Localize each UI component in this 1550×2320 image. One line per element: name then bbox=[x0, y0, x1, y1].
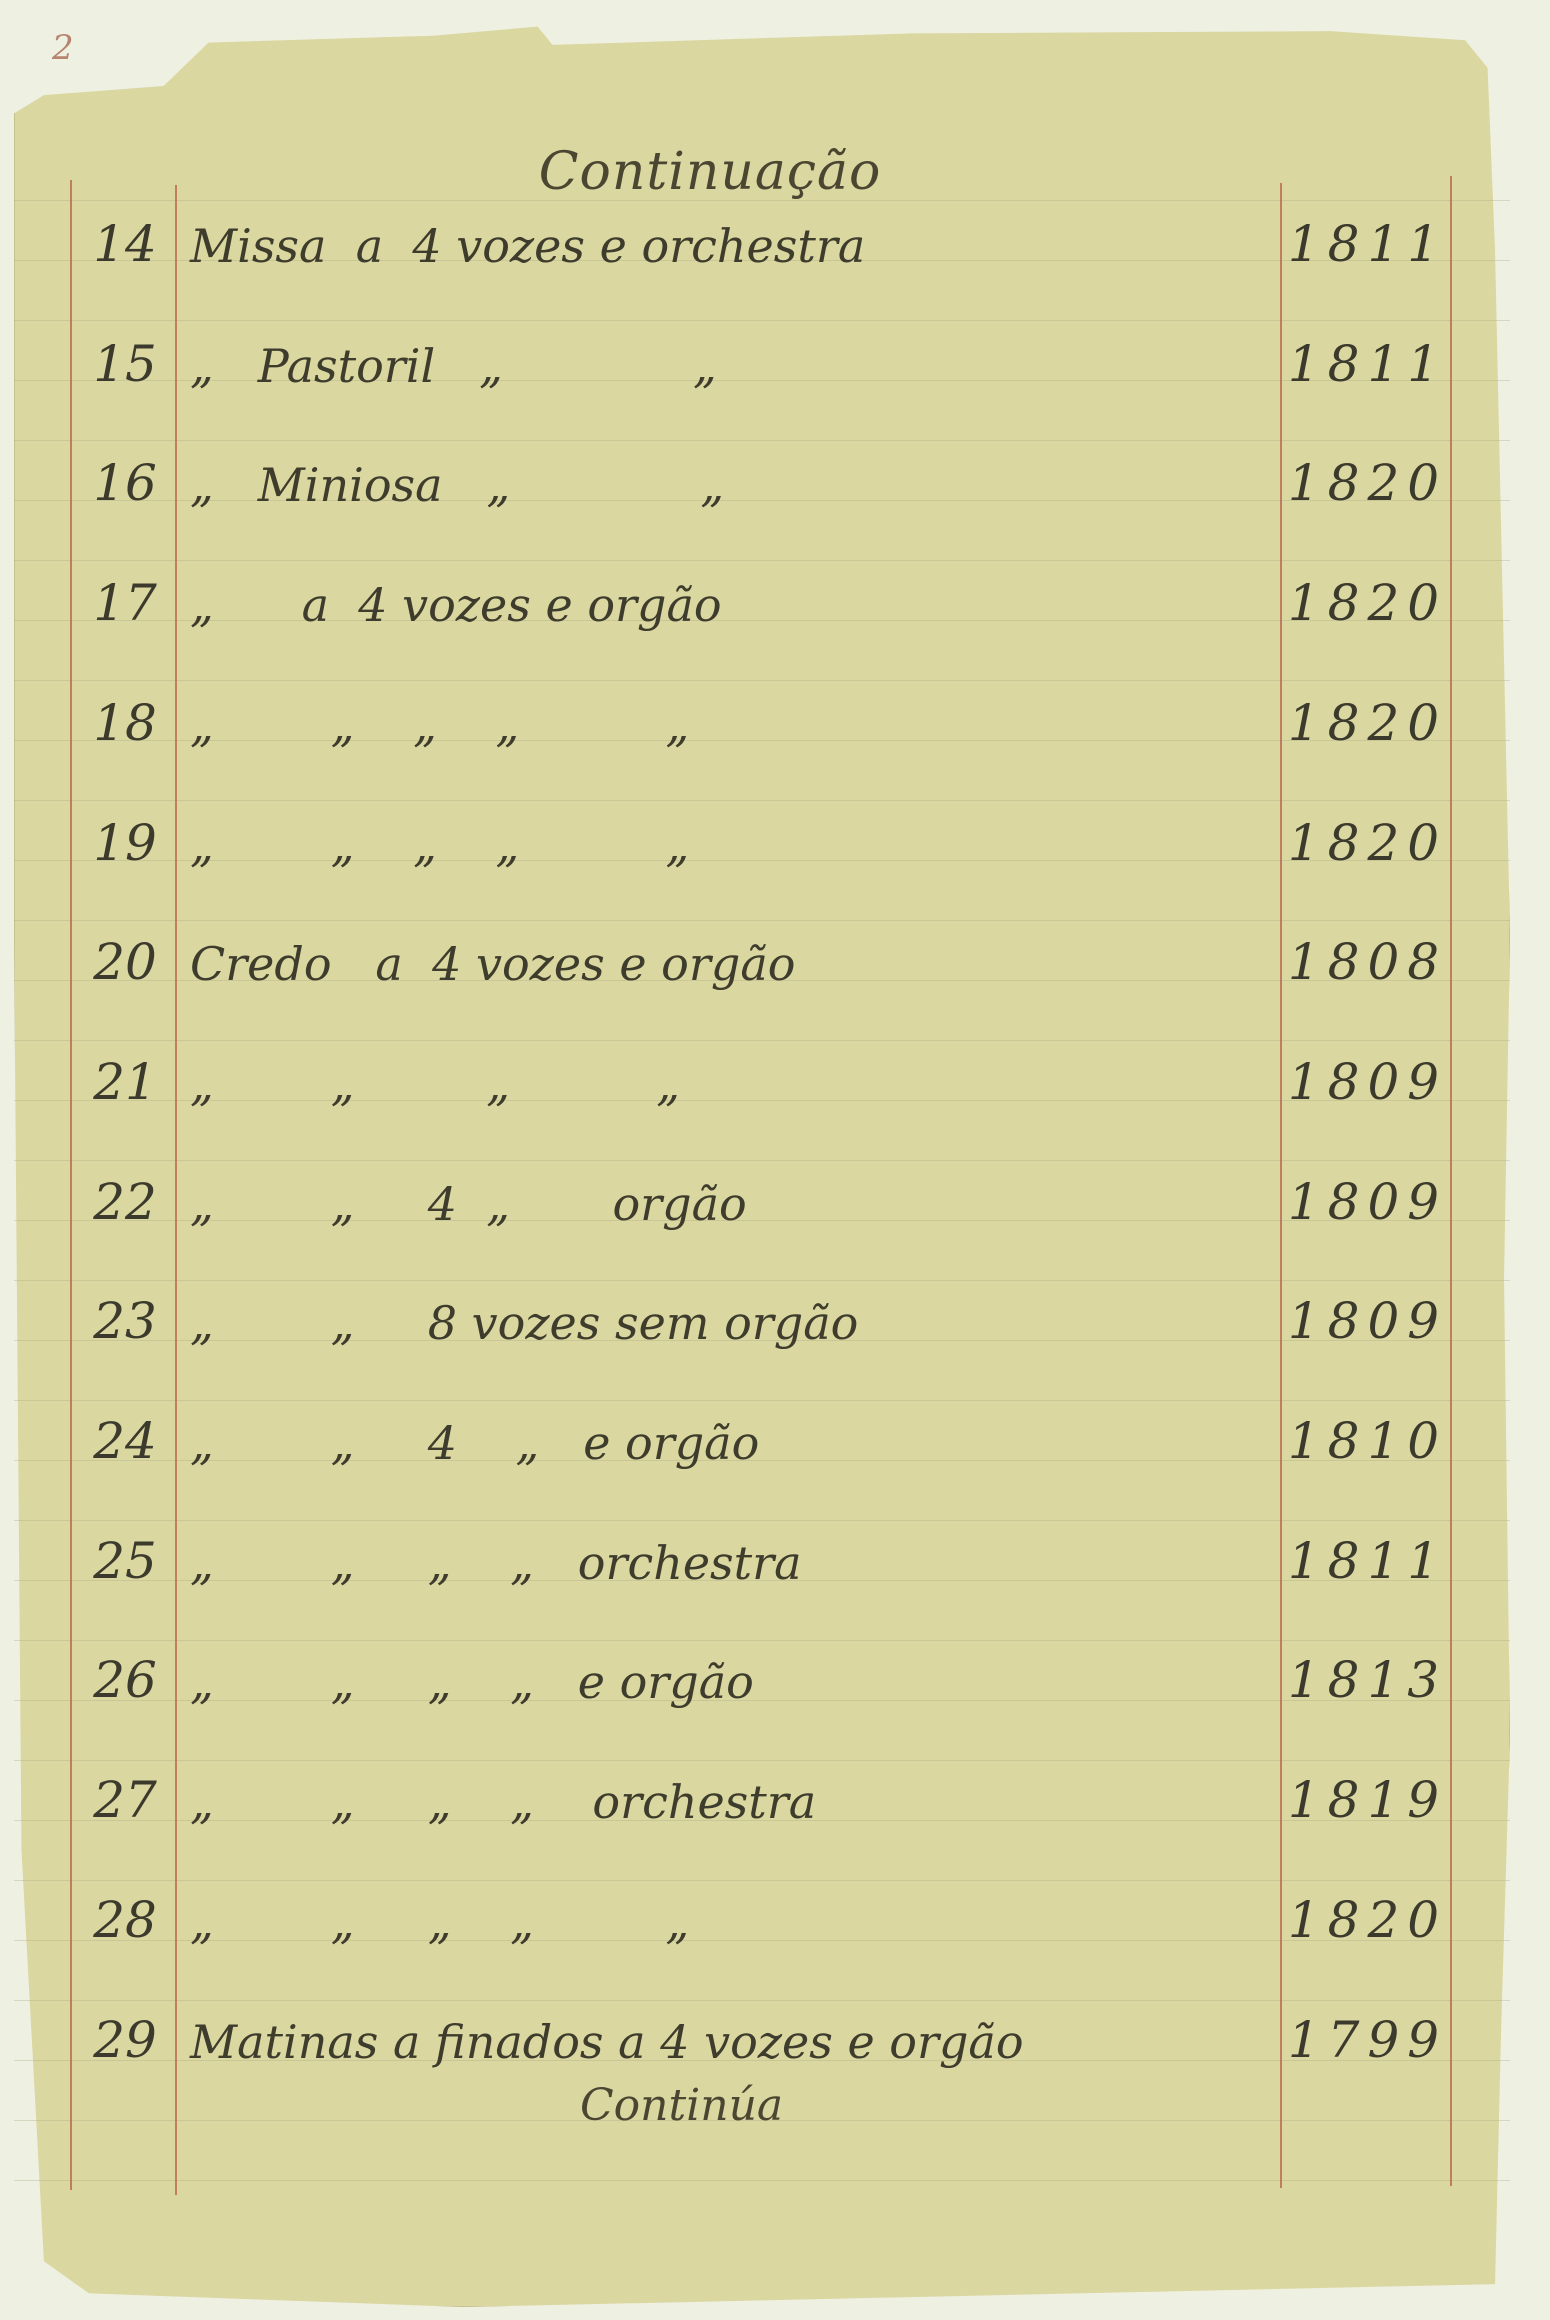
entry-number: 18 bbox=[70, 694, 180, 752]
ruled-line bbox=[14, 440, 1510, 441]
table-row: 17„ a 4 vozes e orgão1820 bbox=[0, 564, 1550, 654]
table-row: 24„ „ 4 „ e orgão1810 bbox=[0, 1402, 1550, 1492]
entry-year: 1820 bbox=[1285, 814, 1450, 872]
entry-description: Credo a 4 vozes e orgão bbox=[190, 937, 1270, 991]
entry-number: 29 bbox=[70, 2011, 180, 2069]
entry-year: 1820 bbox=[1285, 574, 1450, 632]
table-row: 14Missa a 4 vozes e orchestra1811 bbox=[0, 205, 1550, 295]
table-row: 15„ Pastoril „ „1811 bbox=[0, 325, 1550, 415]
ruled-line bbox=[14, 560, 1510, 561]
entry-year: 1799 bbox=[1285, 2011, 1450, 2069]
ruled-line bbox=[14, 920, 1510, 921]
entry-number: 27 bbox=[70, 1771, 180, 1829]
entry-number: 23 bbox=[70, 1292, 180, 1350]
entry-number: 28 bbox=[70, 1891, 180, 1949]
entry-number: 17 bbox=[70, 574, 180, 632]
entry-description: „ „ „ „ „ bbox=[190, 818, 1270, 872]
table-row: 21„ „ „ „1809 bbox=[0, 1043, 1550, 1133]
entry-description: „ „ 8 vozes sem orgão bbox=[190, 1296, 1270, 1350]
entry-number: 15 bbox=[70, 335, 180, 393]
ruled-line bbox=[14, 1160, 1510, 1161]
table-row: 18„ „ „ „ „1820 bbox=[0, 684, 1550, 774]
entry-number: 14 bbox=[70, 215, 180, 273]
table-row: 16„ Miniosa „ „1820 bbox=[0, 444, 1550, 534]
ruled-line bbox=[14, 680, 1510, 681]
table-row: 29Matinas a finados a 4 vozes e orgão179… bbox=[0, 2001, 1550, 2091]
entry-number: 16 bbox=[70, 454, 180, 512]
entry-year: 1808 bbox=[1285, 933, 1450, 991]
entry-year: 1819 bbox=[1285, 1771, 1450, 1829]
entry-description: „ „ „ „ bbox=[190, 1057, 1270, 1111]
ruled-line bbox=[14, 2180, 1510, 2181]
entry-description: „ Pastoril „ „ bbox=[190, 339, 1270, 393]
entry-year: 1811 bbox=[1285, 1532, 1450, 1590]
table-row: 23„ „ 8 vozes sem orgão1809 bbox=[0, 1282, 1550, 1372]
entry-number: 24 bbox=[70, 1412, 180, 1470]
entry-description: „ „ „ „ orchestra bbox=[190, 1536, 1270, 1590]
entry-description: „ „ „ „ orchestra bbox=[190, 1775, 1270, 1829]
entry-year: 1809 bbox=[1285, 1292, 1450, 1350]
entry-description: „ Miniosa „ „ bbox=[190, 458, 1270, 512]
page-number-mark: 2 bbox=[52, 28, 74, 68]
table-row: 22„ „ 4 „ orgão1809 bbox=[0, 1163, 1550, 1253]
entry-number: 20 bbox=[70, 933, 180, 991]
table-row: 26„ „ „ „ e orgão1813 bbox=[0, 1641, 1550, 1731]
entry-year: 1809 bbox=[1285, 1173, 1450, 1231]
ruled-line bbox=[14, 1400, 1510, 1401]
entry-year: 1811 bbox=[1285, 335, 1450, 393]
entry-year: 1810 bbox=[1285, 1412, 1450, 1470]
ruled-line bbox=[14, 800, 1510, 801]
entry-description: „ „ „ „ „ bbox=[190, 1895, 1270, 1949]
ruled-line bbox=[14, 320, 1510, 321]
entry-year: 1811 bbox=[1285, 215, 1450, 273]
entry-number: 21 bbox=[70, 1053, 180, 1111]
page-header: Continuação bbox=[500, 142, 920, 202]
table-row: 25„ „ „ „ orchestra1811 bbox=[0, 1522, 1550, 1612]
entry-year: 1813 bbox=[1285, 1651, 1450, 1709]
entry-description: „ „ „ „ „ bbox=[190, 698, 1270, 752]
entry-year: 1820 bbox=[1285, 454, 1450, 512]
entry-number: 25 bbox=[70, 1532, 180, 1590]
entry-description: „ a 4 vozes e orgão bbox=[190, 578, 1270, 632]
table-row: 19„ „ „ „ „1820 bbox=[0, 804, 1550, 894]
entry-year: 1820 bbox=[1285, 694, 1450, 752]
entry-number: 22 bbox=[70, 1173, 180, 1231]
entry-year: 1809 bbox=[1285, 1053, 1450, 1111]
entry-description: „ „ „ „ e orgão bbox=[190, 1655, 1270, 1709]
table-row: 28„ „ „ „ „1820 bbox=[0, 1881, 1550, 1971]
entry-number: 26 bbox=[70, 1651, 180, 1709]
entry-description: „ „ 4 „ orgão bbox=[190, 1177, 1270, 1231]
entry-description: „ „ 4 „ e orgão bbox=[190, 1416, 1270, 1470]
entry-year: 1820 bbox=[1285, 1891, 1450, 1949]
entry-description: Missa a 4 vozes e orchestra bbox=[190, 219, 1270, 273]
page-footer: Continúa bbox=[580, 2080, 980, 2131]
entry-description: Matinas a finados a 4 vozes e orgão bbox=[190, 2015, 1270, 2069]
table-row: 27„ „ „ „ orchestra1819 bbox=[0, 1761, 1550, 1851]
entry-number: 19 bbox=[70, 814, 180, 872]
ruled-line bbox=[14, 1280, 1510, 1281]
table-row: 20Credo a 4 vozes e orgão1808 bbox=[0, 923, 1550, 1013]
ruled-line bbox=[14, 1040, 1510, 1041]
